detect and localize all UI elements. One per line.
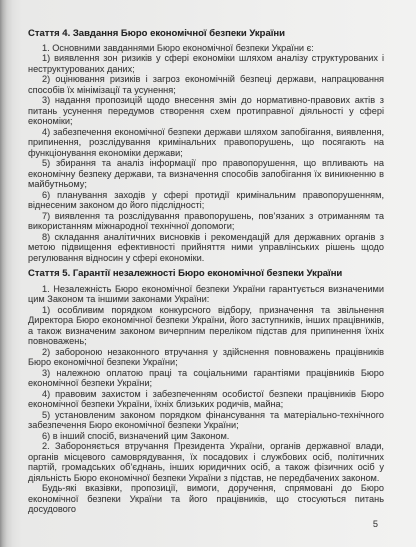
article-5-heading: Стаття 5. Гарантії незалежності Бюро еко…: [28, 269, 384, 280]
paragraph: 6) в інший спосіб, визначений цим Законо…: [28, 431, 384, 442]
page-number: 5: [373, 519, 378, 529]
paragraph: 1) виявлення зон ризиків у сфері економі…: [28, 53, 384, 74]
page-content: Стаття 4. Завдання Бюро економічної безп…: [28, 29, 384, 515]
paragraph: 5) установленим законом порядком фінансу…: [28, 410, 384, 431]
paragraph: 4) забезпечення економічної безпеки держ…: [28, 127, 384, 159]
paragraph: 7) виявлення та розслідування правопоруш…: [28, 211, 384, 232]
paragraph: 3) надання пропозицій щодо внесення змін…: [28, 95, 384, 127]
paragraph: 8) складання аналітичних висновків і рек…: [28, 232, 384, 264]
paragraph: 6) планування заходів у сфері протидії к…: [28, 190, 384, 211]
paragraph: 1) особливим порядком конкурсного відбор…: [28, 305, 384, 347]
article-4-heading: Стаття 4. Завдання Бюро економічної безп…: [28, 29, 384, 40]
paragraph: 1. Незалежність Бюро економічної безпеки…: [28, 284, 384, 305]
paragraph: Будь-які вказівки, пропозиції, вимоги, д…: [28, 483, 384, 515]
paragraph: 2) оцінювання ризиків і загроз економічн…: [28, 74, 384, 95]
paragraph: 2. Забороняється втручання Президента Ук…: [28, 441, 384, 483]
paragraph: 1. Основними завданнями Бюро економічної…: [28, 43, 384, 54]
scanned-page: Стаття 4. Завдання Бюро економічної безп…: [0, 0, 416, 547]
paragraph: 4) правовим захистом і забезпеченням осо…: [28, 389, 384, 410]
paragraph: 5) збирання та аналіз інформації про пра…: [28, 158, 384, 190]
paragraph: 3) належною оплатою праці та соціальними…: [28, 368, 384, 389]
paragraph: 2) забороною незаконного втручання у зді…: [28, 347, 384, 368]
